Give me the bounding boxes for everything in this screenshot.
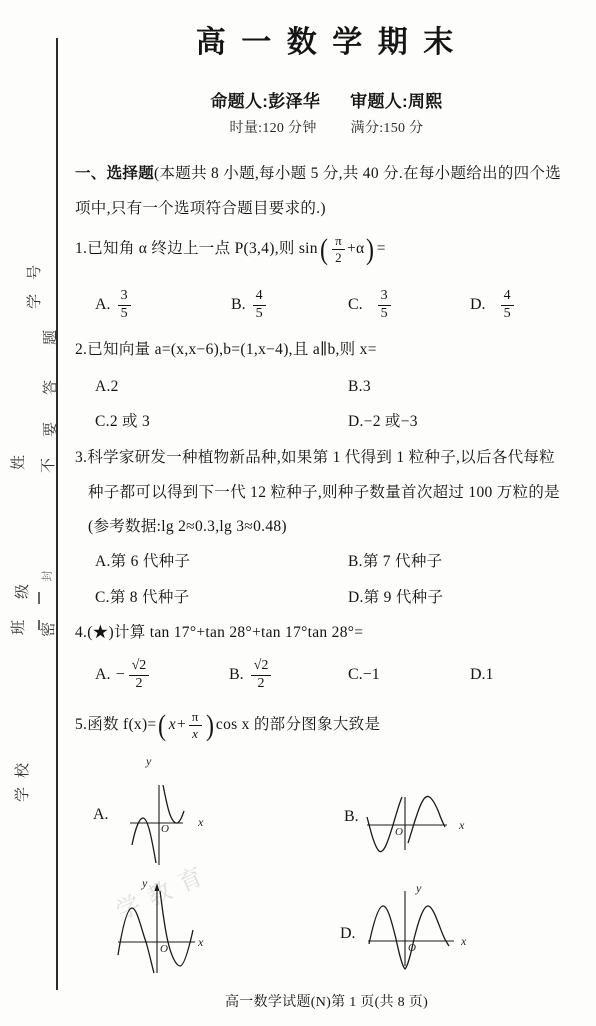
origin-label: O bbox=[160, 943, 168, 955]
option-label: D. bbox=[470, 296, 486, 314]
q3-option-c: C.第 8 代种子 bbox=[95, 588, 189, 607]
section-heading: 一、选择题 bbox=[75, 165, 154, 182]
origin-label: O bbox=[395, 826, 403, 838]
q3-option-d: D.第 9 代种子 bbox=[348, 588, 443, 607]
seal-dash bbox=[38, 592, 40, 604]
q5-text-post: cos x 的部分图象大致是 bbox=[216, 715, 380, 734]
seal-line bbox=[56, 38, 58, 990]
option-label: B. bbox=[231, 296, 246, 314]
full-score: 满分:150 分 bbox=[351, 120, 424, 138]
exam-page: 号 学 题 答 要 姓 不 级 班 密 校 学 封 高 一 数 学 期 末 命题… bbox=[0, 0, 596, 1026]
margin-char: 学 bbox=[11, 787, 32, 802]
margin-char: 班 bbox=[7, 620, 28, 635]
option-fraction: √22 bbox=[129, 658, 150, 693]
q4-option-a: A.− √22 bbox=[95, 652, 151, 698]
margin-char: 密 bbox=[37, 622, 58, 637]
margin-char: 级 bbox=[11, 584, 32, 599]
margin-char: 答 bbox=[39, 380, 60, 395]
section-heading-line1: 一、选择题(本题共 8 小题,每小题 5 分,共 40 分.在每小题给出的四个选 bbox=[75, 164, 561, 183]
question-5-stem: 5.函数 f(x)= ( x+ πx ) cos x 的部分图象大致是 bbox=[75, 703, 380, 747]
margin-char: 封 bbox=[39, 571, 55, 582]
option-label: A. bbox=[95, 296, 111, 314]
q1-lparen: ( bbox=[320, 236, 328, 263]
q1-text-post: +α bbox=[347, 239, 364, 258]
graph-d-plot bbox=[362, 883, 470, 979]
x-axis-label: x bbox=[198, 935, 203, 950]
meta-line: 时量:120 分钟 满分:150 分 bbox=[57, 120, 596, 138]
q1-option-c: C. 35 bbox=[348, 284, 393, 326]
graph-d-label: D. bbox=[340, 925, 356, 943]
y-axis-label: y bbox=[142, 876, 147, 891]
x-axis-label: x bbox=[461, 934, 466, 949]
q1-fraction: π2 bbox=[332, 233, 345, 265]
q3-option-b: B.第 7 代种子 bbox=[348, 552, 442, 571]
origin-label: O bbox=[161, 823, 169, 835]
reviewer: 审题人:周熙 bbox=[350, 91, 442, 112]
frac-den: 5 bbox=[253, 306, 266, 323]
margin-char: 题 bbox=[39, 330, 60, 345]
frac-num: 3 bbox=[118, 288, 131, 306]
q1-text: 1.已知角 α 终边上一点 P(3,4),则 sin bbox=[75, 239, 318, 258]
graph-a-label: A. bbox=[93, 806, 109, 824]
graph-d: y O x bbox=[362, 883, 470, 979]
q2-option-c: C.2 或 3 bbox=[95, 412, 150, 431]
question-4-stem: 4.(★)计算 tan 17°+tan 28°+tan 17°tan 28°= bbox=[75, 623, 363, 642]
option-fraction: 35 bbox=[118, 288, 131, 323]
y-axis-label: y bbox=[146, 754, 151, 769]
y-axis-label: y bbox=[416, 881, 421, 896]
q5-text: 5.函数 f(x)= bbox=[75, 715, 156, 734]
section-heading-line2: 项中,只有一个选项符合题目要求的.) bbox=[75, 199, 326, 218]
x-axis-label: x bbox=[459, 818, 464, 833]
question-3-line2: 种子都可以得到下一代 12 粒种子,则种子数量首次超过 100 万粒的是 bbox=[88, 483, 560, 502]
seal-dash bbox=[38, 620, 40, 630]
q1-equals: = bbox=[377, 239, 386, 258]
q4-option-d: D.1 bbox=[470, 652, 494, 698]
margin-char: 校 bbox=[11, 763, 32, 778]
q1-option-b: B. 45 bbox=[231, 284, 268, 326]
question-2-stem: 2.已知向量 a=(x,x−6),b=(1,x−4),且 a∥b,则 x= bbox=[75, 340, 377, 359]
q5-lparen: ( bbox=[159, 712, 167, 739]
margin-char: 不 bbox=[37, 458, 58, 473]
option-fraction: 35 bbox=[378, 288, 391, 323]
q2-option-a: A.2 bbox=[95, 377, 119, 396]
byline: 命题人:彭泽华 审题人:周熙 bbox=[57, 91, 596, 112]
frac-num: 3 bbox=[378, 288, 391, 306]
frac-num: √2 bbox=[129, 658, 150, 676]
margin-char: 姓 bbox=[7, 455, 28, 470]
margin-char: 号 bbox=[23, 265, 44, 280]
page-title: 高 一 数 学 期 末 bbox=[57, 24, 596, 62]
origin-label: O bbox=[408, 942, 416, 954]
minus-sign: − bbox=[116, 666, 125, 684]
q2-option-b: B.3 bbox=[348, 377, 371, 396]
frac-den: 2 bbox=[255, 676, 268, 693]
frac-den: 5 bbox=[378, 306, 391, 323]
graph-b-plot bbox=[362, 788, 470, 860]
frac-den: x bbox=[189, 726, 201, 742]
q1-option-a: A. 35 bbox=[95, 284, 133, 326]
frac-num: 4 bbox=[501, 288, 514, 306]
graph-b-label: B. bbox=[344, 808, 359, 826]
q4-option-c: C.−1 bbox=[348, 652, 380, 698]
q5-rparen: ) bbox=[206, 712, 214, 739]
frac-den: 2 bbox=[132, 676, 145, 693]
margin-char: 学 bbox=[23, 294, 44, 309]
option-label: B. bbox=[229, 666, 244, 684]
option-text: C.−1 bbox=[348, 666, 380, 684]
frac-den: 5 bbox=[118, 306, 131, 323]
question-3-line1: 3.科学家研发一种植物新品种,如果第 1 代得到 1 粒种子,以后各代每粒 bbox=[75, 448, 555, 467]
graph-b: O x bbox=[362, 788, 470, 860]
graph-a: y O x bbox=[112, 760, 212, 872]
q1-frac-den: 2 bbox=[332, 250, 345, 266]
option-fraction: √22 bbox=[251, 658, 272, 693]
frac-num: √2 bbox=[251, 658, 272, 676]
option-label: A. bbox=[95, 666, 111, 684]
x-axis-label: x bbox=[198, 815, 203, 830]
q2-option-d: D.−2 或−3 bbox=[348, 412, 418, 431]
frac-den: 5 bbox=[501, 306, 514, 323]
graph-c: y O x bbox=[110, 880, 210, 980]
section-rules: (本题共 8 小题,每小题 5 分,共 40 分.在每小题给出的四个选 bbox=[154, 165, 561, 182]
examiner: 命题人:彭泽华 bbox=[210, 91, 320, 112]
q1-frac-num: π bbox=[332, 233, 345, 250]
question-1-stem: 1.已知角 α 终边上一点 P(3,4),则 sin ( π2 +α ) = bbox=[75, 228, 386, 270]
frac-num: 4 bbox=[253, 288, 266, 306]
option-fraction: 45 bbox=[501, 288, 514, 323]
option-label: C. bbox=[348, 296, 363, 314]
q1-option-d: D. 45 bbox=[470, 284, 516, 326]
option-fraction: 45 bbox=[253, 288, 266, 323]
frac-num: π bbox=[189, 709, 202, 726]
q1-rparen: ) bbox=[367, 236, 375, 263]
option-text: D.1 bbox=[470, 666, 494, 684]
q5-x-plus: x+ bbox=[169, 715, 187, 734]
graph-c-plot bbox=[110, 880, 210, 980]
question-3-line3: (参考数据:lg 2≈0.3,lg 3≈0.48) bbox=[88, 517, 287, 536]
duration: 时量:120 分钟 bbox=[230, 120, 317, 138]
graph-a-plot bbox=[112, 760, 212, 872]
q4-option-b: B. √22 bbox=[229, 652, 273, 698]
q3-option-a: A.第 6 代种子 bbox=[95, 552, 190, 571]
q5-fraction: πx bbox=[189, 709, 202, 741]
page-footer: 高一数学试题(N)第 1 页(共 8 页) bbox=[57, 994, 596, 1012]
margin-char: 要 bbox=[39, 422, 60, 437]
